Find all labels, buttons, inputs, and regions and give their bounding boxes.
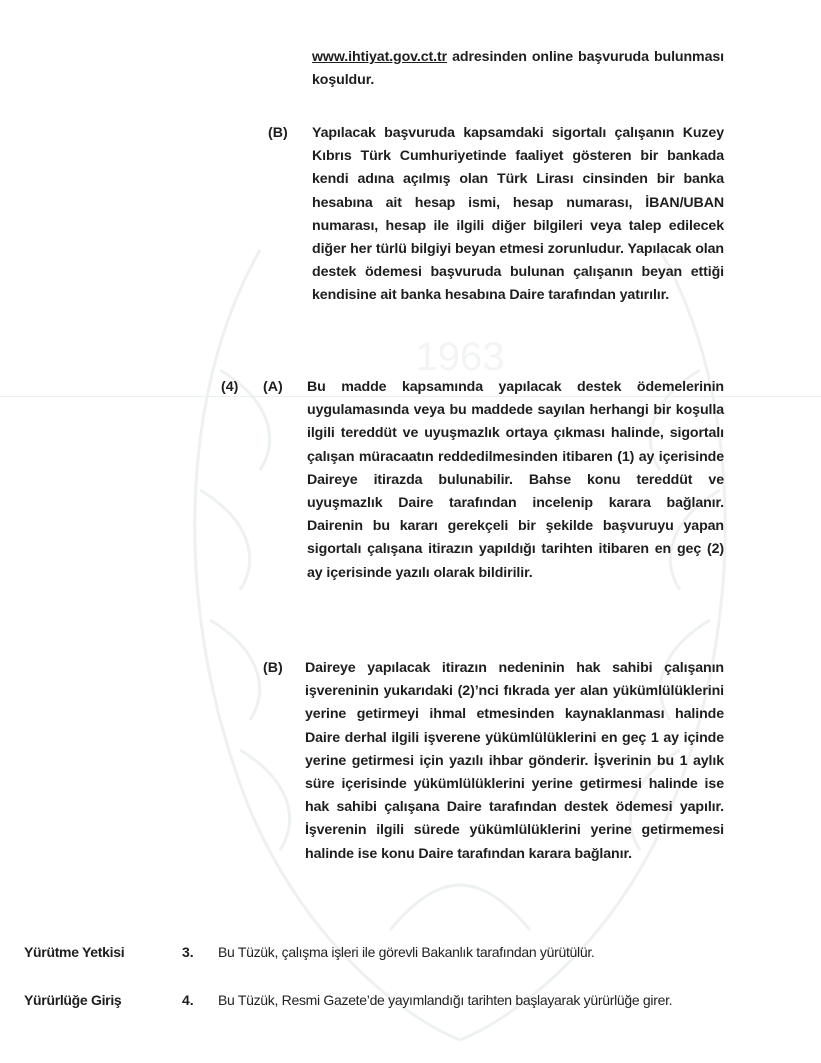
subclause-label-4b: (B) [263, 657, 283, 680]
subclause-4b-text: Daireye yapılacak itirazın nedeninin hak… [305, 657, 724, 866]
website-link[interactable]: www.ihtiyat.gov.ct.tr [312, 49, 447, 65]
subclause-label-3b: (B) [268, 122, 288, 145]
subclause-4a-text: Bu madde kapsamında yapılacak destek öde… [307, 376, 724, 585]
article-4-side-title: Yürürlüğe Giriş [24, 992, 121, 1008]
svg-text:1963: 1963 [416, 335, 505, 379]
subclause-3b-text: Yapılacak başvuruda kapsamdaki sigortalı… [312, 122, 724, 308]
article-3-number: 3. [182, 944, 194, 960]
clause-number-4: (4) [221, 376, 238, 399]
article-3-side-title: Yürütme Yetkisi [24, 944, 124, 960]
paragraph-continued: www.ihtiyat.gov.ct.tr adresinden online … [312, 46, 724, 92]
article-4-number: 4. [182, 992, 194, 1008]
article-3-text: Bu Tüzük, çalışma işleri ile görevli Bak… [218, 941, 718, 963]
article-4-text: Bu Tüzük, Resmi Gazete’de yayımlandığı t… [218, 989, 718, 1011]
subclause-label-4a: (A) [263, 376, 283, 399]
